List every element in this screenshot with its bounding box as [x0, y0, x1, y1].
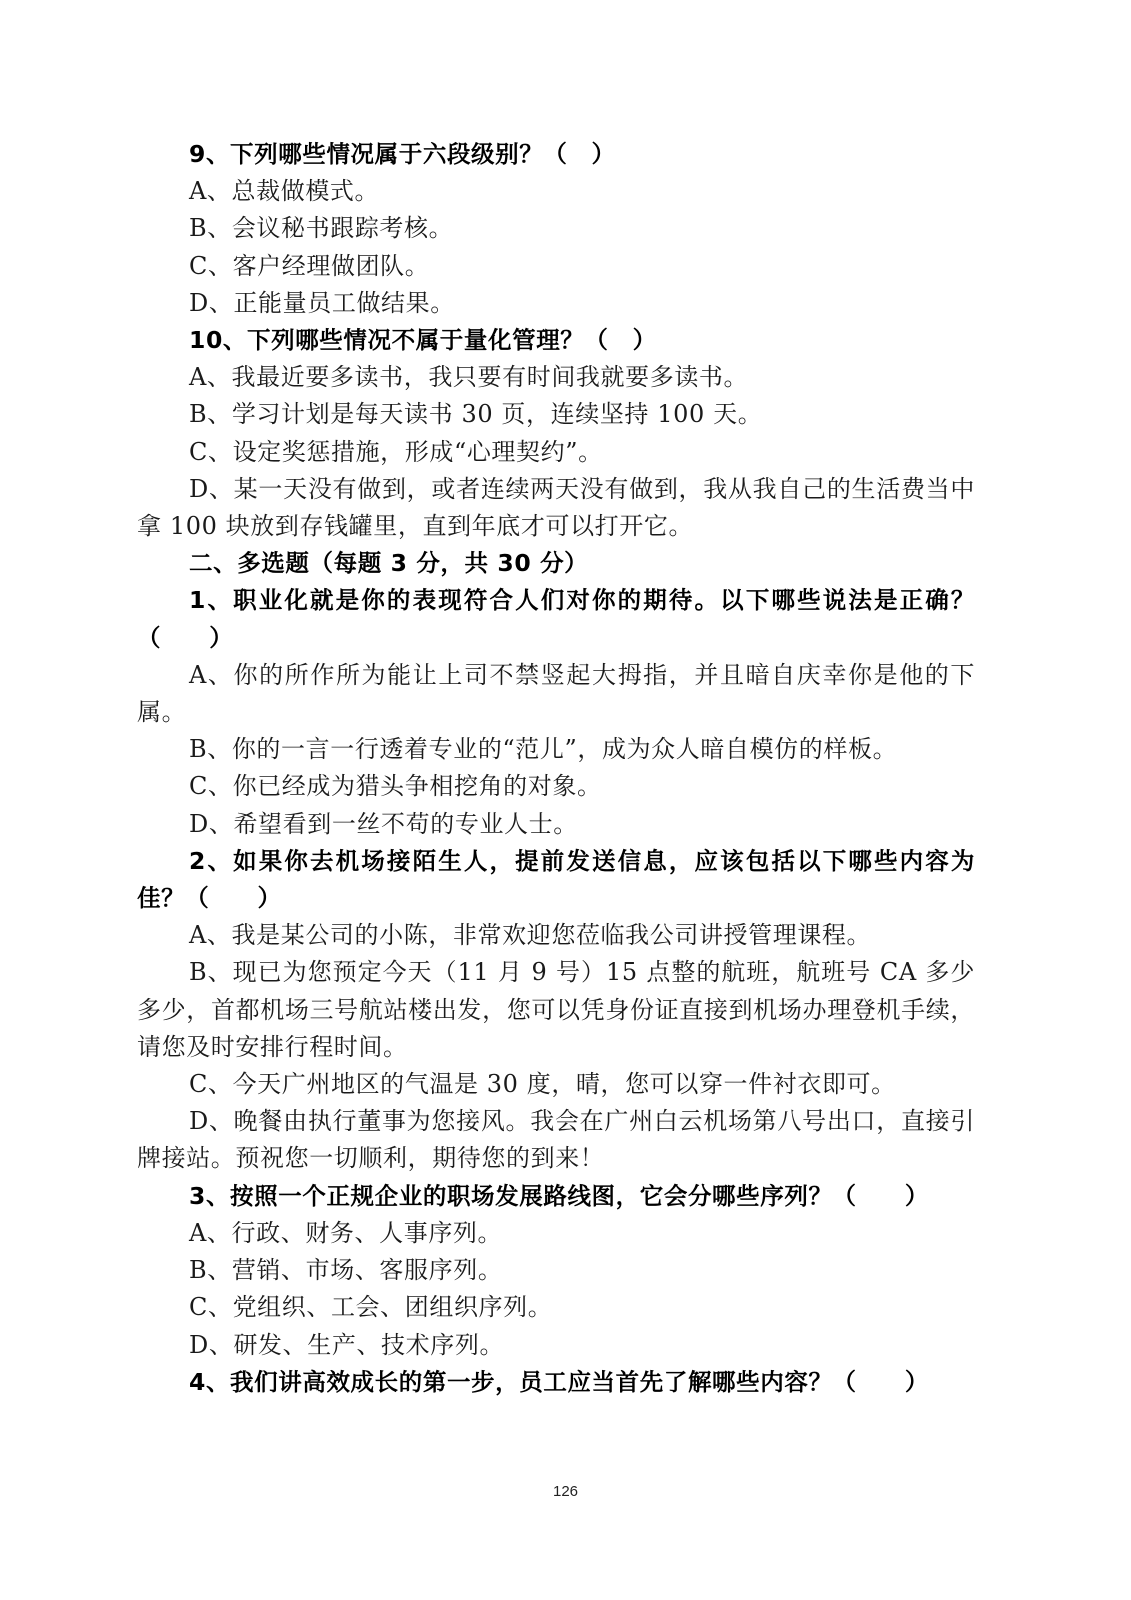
- mc1-option-d: D、希望看到一丝不苟的专业人士。: [137, 806, 975, 843]
- q10-option-d: D、某一天没有做到，或者连续两天没有做到，我从我自己的生活费当中拿 100 块放…: [137, 471, 975, 545]
- mc-question-1-stem: 1、职业化就是你的表现符合人们对你的期待。以下哪些说法是正确？（ ）: [137, 582, 975, 656]
- q9-option-b: B、会议秘书跟踪考核。: [137, 210, 975, 247]
- q9-option-d: D、正能量员工做结果。: [137, 285, 975, 322]
- mc2-option-b: B、现已为您预定今天（11 月 9 号）15 点整的航班，航班号 CA 多少多少…: [137, 954, 975, 1066]
- page-number: 126: [0, 1483, 1131, 1500]
- mc2-option-a: A、我是某公司的小陈，非常欢迎您莅临我公司讲授管理课程。: [137, 917, 975, 954]
- mc2-option-d: D、晚餐由执行董事为您接风。我会在广州白云机场第八号出口，直接引牌接站。预祝您一…: [137, 1103, 975, 1177]
- mc1-option-b: B、你的一言一行透着专业的“范儿”，成为众人暗自模仿的样板。: [137, 731, 975, 768]
- mc-question-4-stem: 4、我们讲高效成长的第一步，员工应当首先了解哪些内容？（ ）: [137, 1364, 975, 1401]
- mc3-option-c: C、党组织、工会、团组织序列。: [137, 1289, 975, 1326]
- q9-option-c: C、客户经理做团队。: [137, 248, 975, 285]
- mc3-option-a: A、行政、财务、人事序列。: [137, 1215, 975, 1252]
- question-10-stem: 10、下列哪些情况不属于量化管理？（ ）: [137, 322, 975, 359]
- mc-question-3-stem: 3、按照一个正规企业的职场发展路线图，它会分哪些序列？（ ）: [137, 1178, 975, 1215]
- q9-option-a: A、总裁做模式。: [137, 173, 975, 210]
- document-page: 9、下列哪些情况属于六段级别？（ ） A、总裁做模式。 B、会议秘书跟踪考核。 …: [137, 136, 975, 1401]
- question-9-stem: 9、下列哪些情况属于六段级别？（ ）: [137, 136, 975, 173]
- mc1-option-a: A、你的所作所为能让上司不禁竖起大拇指，并且暗自庆幸你是他的下属。: [137, 657, 975, 731]
- mc3-option-b: B、营销、市场、客服序列。: [137, 1252, 975, 1289]
- mc-question-2-stem: 2、如果你去机场接陌生人，提前发送信息，应该包括以下哪些内容为佳？（ ）: [137, 843, 975, 917]
- mc2-option-c: C、今天广州地区的气温是 30 度，晴，您可以穿一件衬衣即可。: [137, 1066, 975, 1103]
- q10-option-a: A、我最近要多读书，我只要有时间我就要多读书。: [137, 359, 975, 396]
- q10-option-c: C、设定奖惩措施，形成“心理契约”。: [137, 434, 975, 471]
- q10-option-b: B、学习计划是每天读书 30 页，连续坚持 100 天。: [137, 396, 975, 433]
- mc3-option-d: D、研发、生产、技术序列。: [137, 1327, 975, 1364]
- section-heading-multiple-choice: 二、多选题（每题 3 分，共 30 分）: [137, 545, 975, 582]
- mc1-option-c: C、你已经成为猎头争相挖角的对象。: [137, 768, 975, 805]
